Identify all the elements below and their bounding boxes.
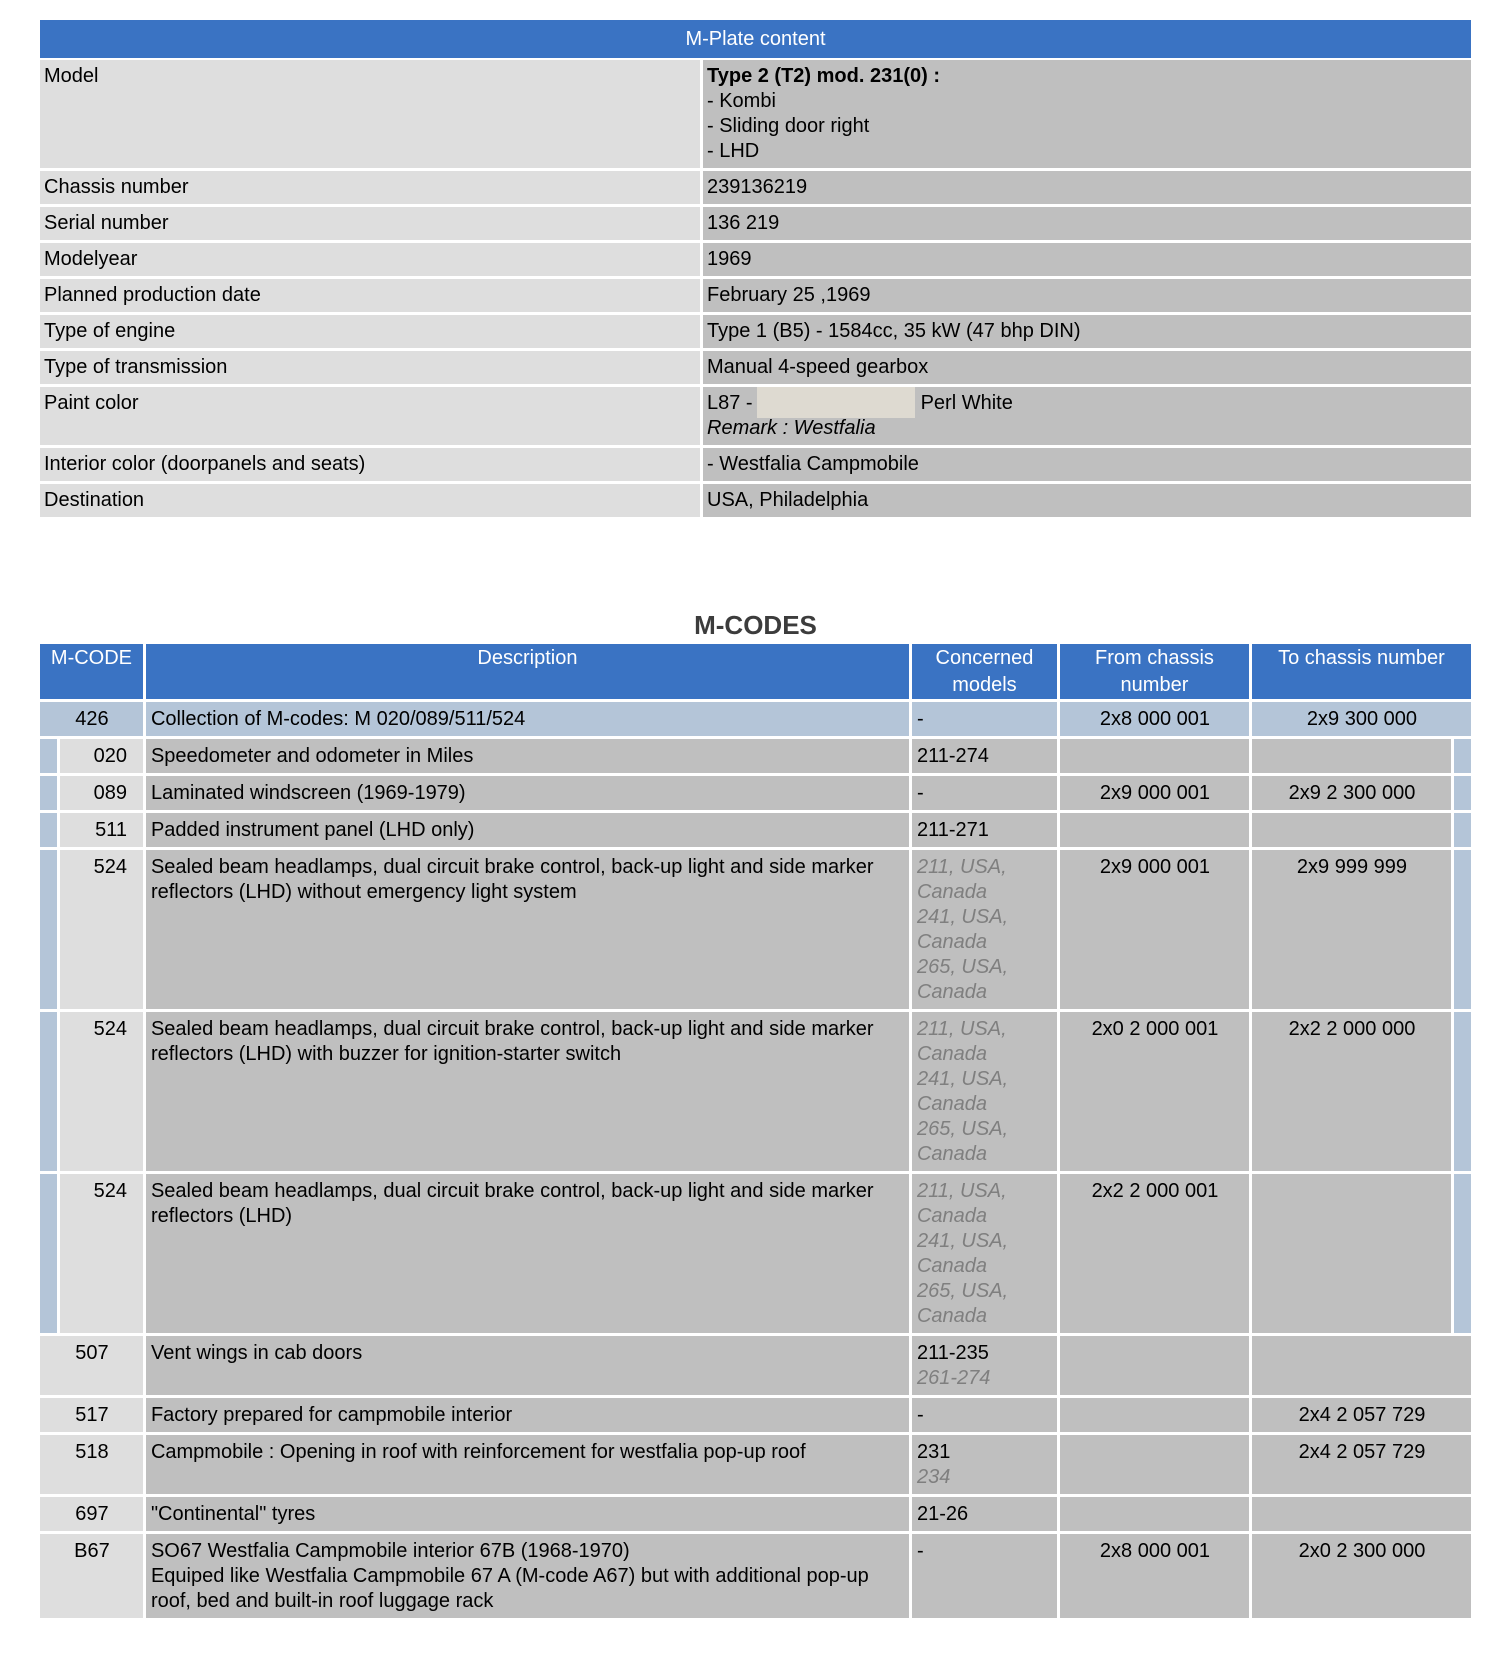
m-code-from-chassis: 2x9 000 001 bbox=[1060, 776, 1252, 813]
m-codes-table: M-CODE Description Concerned models From… bbox=[40, 644, 1471, 1621]
m-code-to-chassis: 2x9 300 000 bbox=[1252, 702, 1471, 739]
m-code-models: 21-26 bbox=[912, 1497, 1060, 1534]
m-code-to-chassis: 2x9 999 999 bbox=[1252, 850, 1454, 1012]
model-dim: 241, USA, Canada bbox=[917, 1229, 1053, 1279]
paint-name: Perl White bbox=[921, 392, 1013, 414]
m-code-models: - bbox=[912, 1398, 1060, 1435]
m-code: 020 bbox=[60, 739, 146, 776]
m-code: 518 bbox=[40, 1435, 146, 1497]
group-indent-bar bbox=[1454, 813, 1471, 850]
m-code: 697 bbox=[40, 1497, 146, 1534]
m-code-models: 211-235261-274 bbox=[912, 1336, 1060, 1398]
model-dim: 211, USA, Canada bbox=[917, 855, 1053, 905]
m-code-description: Sealed beam headlamps, dual circuit brak… bbox=[146, 1174, 912, 1336]
m-code: 517 bbox=[40, 1398, 146, 1435]
description-line: SO67 Westfalia Campmobile interior 67B (… bbox=[151, 1540, 630, 1562]
plate-value: 239136219 bbox=[703, 171, 1471, 207]
plate-label: Type of transmission bbox=[40, 351, 703, 387]
m-code-to-chassis: 2x4 2 057 729 bbox=[1252, 1398, 1471, 1435]
m-code: 524 bbox=[60, 1174, 146, 1336]
plate-value-model: Type 2 (T2) mod. 231(0) : - Kombi - Slid… bbox=[703, 60, 1471, 171]
m-code-description: Speedometer and odometer in Miles bbox=[146, 739, 912, 776]
header-from-chassis: From chassis number bbox=[1060, 644, 1252, 702]
m-code-row: B67SO67 Westfalia Campmobile interior 67… bbox=[40, 1534, 1471, 1621]
m-code-to-chassis bbox=[1252, 813, 1454, 850]
model: - bbox=[917, 1540, 924, 1562]
plate-label: Chassis number bbox=[40, 171, 703, 207]
model: - bbox=[917, 1404, 924, 1426]
m-codes-header-row: M-CODE Description Concerned models From… bbox=[40, 644, 1471, 702]
model-dim: 261-274 bbox=[917, 1366, 1053, 1391]
m-code-models: - bbox=[912, 776, 1060, 813]
m-code-from-chassis bbox=[1060, 1336, 1252, 1398]
model-dim: 265, USA, Canada bbox=[917, 1279, 1053, 1329]
model: - bbox=[917, 782, 924, 804]
description-line: "Continental" tyres bbox=[151, 1503, 315, 1525]
m-code: B67 bbox=[40, 1534, 146, 1621]
m-code-to-chassis: 2x9 2 300 000 bbox=[1252, 776, 1454, 813]
model-type: Type 2 (T2) mod. 231(0) : bbox=[707, 65, 940, 87]
plate-row-interior: Interior color (doorpanels and seats) - … bbox=[40, 448, 1471, 484]
model-dim: 241, USA, Canada bbox=[917, 905, 1053, 955]
m-code-description: Factory prepared for campmobile interior bbox=[146, 1398, 912, 1435]
plate-row-serial: Serial number 136 219 bbox=[40, 207, 1471, 243]
plate-label: Type of engine bbox=[40, 315, 703, 351]
group-indent-bar bbox=[1454, 1174, 1471, 1336]
m-code-from-chassis: 2x2 2 000 001 bbox=[1060, 1174, 1252, 1336]
m-code-from-chassis: 2x9 000 001 bbox=[1060, 850, 1252, 1012]
m-code-from-chassis bbox=[1060, 1435, 1252, 1497]
plate-row-destination: Destination USA, Philadelphia bbox=[40, 484, 1471, 520]
model-dim: 211, USA, Canada bbox=[917, 1179, 1053, 1229]
m-code-to-chassis bbox=[1252, 1336, 1471, 1398]
m-code-sub-row: 020Speedometer and odometer in Miles211-… bbox=[40, 739, 1471, 776]
m-code-from-chassis: 2x8 000 001 bbox=[1060, 702, 1252, 739]
m-code-sub-row: 524Sealed beam headlamps, dual circuit b… bbox=[40, 1174, 1471, 1336]
m-code-row: 517Factory prepared for campmobile inter… bbox=[40, 1398, 1471, 1435]
description-line: Factory prepared for campmobile interior bbox=[151, 1404, 512, 1426]
plate-row-production-date: Planned production date February 25 ,196… bbox=[40, 279, 1471, 315]
m-code: 426 bbox=[40, 702, 146, 739]
m-code-to-chassis bbox=[1252, 739, 1454, 776]
group-indent-bar bbox=[40, 739, 60, 776]
m-codes-title: M-CODES bbox=[0, 610, 1511, 641]
m-code-description: "Continental" tyres bbox=[146, 1497, 912, 1534]
plate-row-paint: Paint color L87 -Perl White Remark : Wes… bbox=[40, 387, 1471, 448]
m-code-row: 507Vent wings in cab doors211-235261-274 bbox=[40, 1336, 1471, 1398]
m-code-description: Campmobile : Opening in roof with reinfo… bbox=[146, 1435, 912, 1497]
description-line: Equiped like Westfalia Campmobile 67 A (… bbox=[151, 1565, 869, 1612]
group-indent-bar bbox=[1454, 1012, 1471, 1174]
group-indent-bar bbox=[40, 776, 60, 813]
model-dim: 265, USA, Canada bbox=[917, 1117, 1053, 1167]
model: 21-26 bbox=[917, 1503, 968, 1525]
m-code-from-chassis: 2x0 2 000 001 bbox=[1060, 1012, 1252, 1174]
header-to-chassis: To chassis number bbox=[1252, 644, 1471, 702]
model: 231 bbox=[917, 1441, 950, 1463]
plate-label: Interior color (doorpanels and seats) bbox=[40, 448, 703, 484]
plate-value: USA, Philadelphia bbox=[703, 484, 1471, 520]
m-code-sub-row: 524Sealed beam headlamps, dual circuit b… bbox=[40, 850, 1471, 1012]
m-code-models: - bbox=[912, 702, 1060, 739]
header-m-code: M-CODE bbox=[40, 644, 146, 702]
model-dim: 241, USA, Canada bbox=[917, 1067, 1053, 1117]
m-code-from-chassis bbox=[1060, 1497, 1252, 1534]
model-line: - LHD bbox=[707, 140, 759, 162]
m-code-to-chassis: 2x4 2 057 729 bbox=[1252, 1435, 1471, 1497]
m-code: 089 bbox=[60, 776, 146, 813]
group-indent-bar bbox=[40, 850, 60, 1012]
plate-label: Model bbox=[40, 60, 703, 171]
m-code-from-chassis bbox=[1060, 813, 1252, 850]
m-code-description: Sealed beam headlamps, dual circuit brak… bbox=[146, 1012, 912, 1174]
m-code-models: 211, USA, Canada241, USA, Canada265, USA… bbox=[912, 850, 1060, 1012]
model-dim: 265, USA, Canada bbox=[917, 955, 1053, 1005]
m-code-description: Laminated windscreen (1969-1979) bbox=[146, 776, 912, 813]
paint-code: L87 - bbox=[707, 392, 753, 414]
model-line: - Kombi bbox=[707, 90, 776, 112]
m-code-to-chassis: 2x2 2 000 000 bbox=[1252, 1012, 1454, 1174]
plate-label: Serial number bbox=[40, 207, 703, 243]
model: 211-271 bbox=[917, 819, 989, 841]
m-code: 524 bbox=[60, 1012, 146, 1174]
model: 211-235 bbox=[917, 1342, 989, 1364]
m-code-to-chassis bbox=[1252, 1497, 1471, 1534]
plate-label: Destination bbox=[40, 484, 703, 520]
m-code-from-chassis: 2x8 000 001 bbox=[1060, 1534, 1252, 1621]
m-code-models: 211-274 bbox=[912, 739, 1060, 776]
plate-value: Type 1 (B5) - 1584cc, 35 kW (47 bhp DIN) bbox=[703, 315, 1471, 351]
group-indent-bar bbox=[40, 813, 60, 850]
m-code-models: 231234 bbox=[912, 1435, 1060, 1497]
paint-remark: Remark : Westfalia bbox=[707, 417, 876, 439]
m-code-models: 211-271 bbox=[912, 813, 1060, 850]
plate-value: Manual 4-speed gearbox bbox=[703, 351, 1471, 387]
m-code-description: Sealed beam headlamps, dual circuit brak… bbox=[146, 850, 912, 1012]
model-line: - Sliding door right bbox=[707, 115, 869, 137]
m-code: 507 bbox=[40, 1336, 146, 1398]
m-code-models: 211, USA, Canada241, USA, Canada265, USA… bbox=[912, 1174, 1060, 1336]
plate-value: - Westfalia Campmobile bbox=[703, 448, 1471, 484]
m-code-row: 518Campmobile : Opening in roof with rei… bbox=[40, 1435, 1471, 1497]
plate-row-model: Model Type 2 (T2) mod. 231(0) : - Kombi … bbox=[40, 60, 1471, 171]
description-line: Campmobile : Opening in roof with reinfo… bbox=[151, 1441, 806, 1463]
group-indent-bar bbox=[1454, 776, 1471, 813]
paint-color-swatch bbox=[757, 387, 915, 418]
group-indent-bar bbox=[1454, 739, 1471, 776]
group-indent-bar bbox=[1454, 850, 1471, 1012]
m-code-row: 697"Continental" tyres21-26 bbox=[40, 1497, 1471, 1534]
m-code-to-chassis bbox=[1252, 1174, 1454, 1336]
plate-value: 1969 bbox=[703, 243, 1471, 279]
header-concerned-models: Concerned models bbox=[912, 644, 1060, 702]
m-code-from-chassis bbox=[1060, 739, 1252, 776]
model-dim: 234 bbox=[917, 1465, 1053, 1490]
m-code-group-row: 426Collection of M-codes: M 020/089/511/… bbox=[40, 702, 1471, 739]
plate-label: Paint color bbox=[40, 387, 703, 448]
m-code-models: 211, USA, Canada241, USA, Canada265, USA… bbox=[912, 1012, 1060, 1174]
m-code-description: SO67 Westfalia Campmobile interior 67B (… bbox=[146, 1534, 912, 1621]
m-code-from-chassis bbox=[1060, 1398, 1252, 1435]
model: 211-274 bbox=[917, 745, 989, 767]
plate-row-engine: Type of engine Type 1 (B5) - 1584cc, 35 … bbox=[40, 315, 1471, 351]
m-code-sub-row: 524Sealed beam headlamps, dual circuit b… bbox=[40, 1012, 1471, 1174]
plate-value: 136 219 bbox=[703, 207, 1471, 243]
plate-row-chassis: Chassis number 239136219 bbox=[40, 171, 1471, 207]
plate-row-transmission: Type of transmission Manual 4-speed gear… bbox=[40, 351, 1471, 387]
m-code-description: Vent wings in cab doors bbox=[146, 1336, 912, 1398]
model-dim: 211, USA, Canada bbox=[917, 1017, 1053, 1067]
group-indent-bar bbox=[40, 1012, 60, 1174]
plate-value: February 25 ,1969 bbox=[703, 279, 1471, 315]
m-code: 511 bbox=[60, 813, 146, 850]
m-code: 524 bbox=[60, 850, 146, 1012]
m-code-description: Padded instrument panel (LHD only) bbox=[146, 813, 912, 850]
description-line: Vent wings in cab doors bbox=[151, 1342, 362, 1364]
m-code-sub-row: 089Laminated windscreen (1969-1979)-2x9 … bbox=[40, 776, 1471, 813]
plate-row-modelyear: Modelyear 1969 bbox=[40, 243, 1471, 279]
m-code-to-chassis: 2x0 2 300 000 bbox=[1252, 1534, 1471, 1621]
m-plate-table: M-Plate content Model Type 2 (T2) mod. 2… bbox=[40, 20, 1471, 520]
plate-value-paint: L87 -Perl White Remark : Westfalia bbox=[703, 387, 1471, 448]
m-code-description: Collection of M-codes: M 020/089/511/524 bbox=[146, 702, 912, 739]
plate-label: Planned production date bbox=[40, 279, 703, 315]
plate-label: Modelyear bbox=[40, 243, 703, 279]
header-description: Description bbox=[146, 644, 912, 702]
group-indent-bar bbox=[40, 1174, 60, 1336]
m-plate-title: M-Plate content bbox=[40, 20, 1471, 60]
m-code-sub-row: 511Padded instrument panel (LHD only)211… bbox=[40, 813, 1471, 850]
m-code-models: - bbox=[912, 1534, 1060, 1621]
